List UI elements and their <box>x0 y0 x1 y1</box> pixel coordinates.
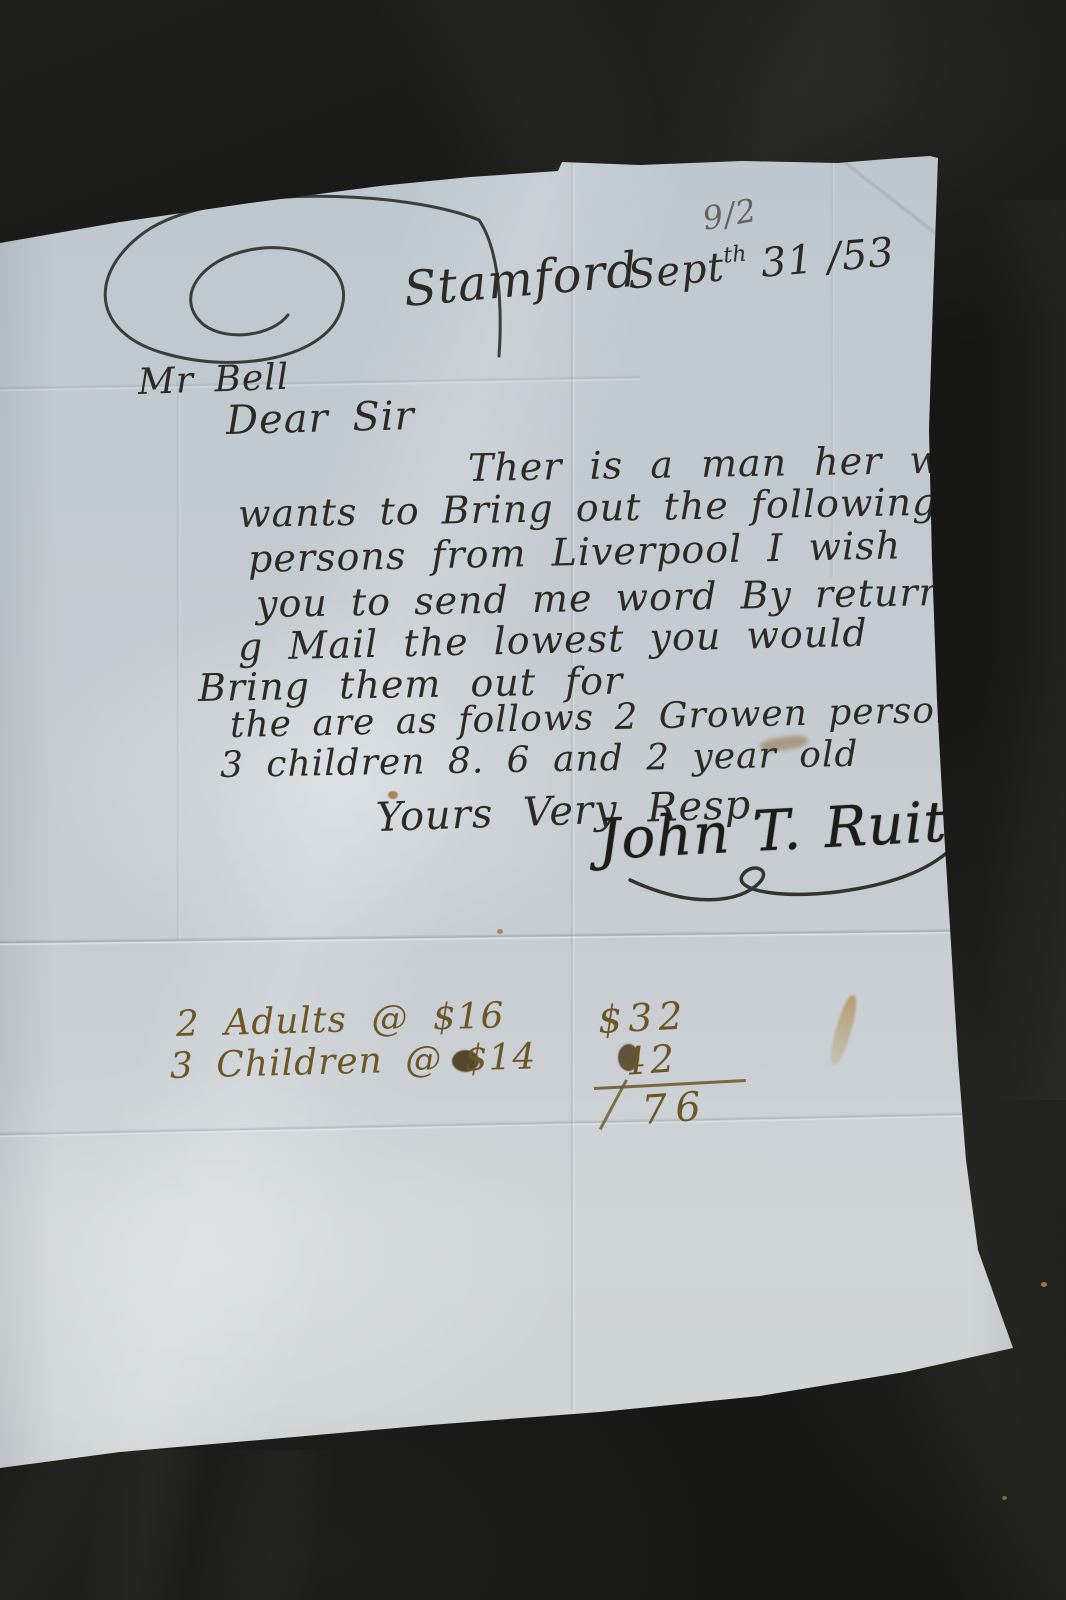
calc-total: 76 <box>640 1083 710 1134</box>
fold-line <box>176 380 181 940</box>
calc-row-amount: $32 <box>597 993 690 1042</box>
fold-line <box>0 375 640 392</box>
date-month: Sept <box>626 244 726 298</box>
corner-crease <box>844 162 945 242</box>
calc-row-amount: 42 <box>620 1036 679 1084</box>
date-ordinal: th <box>722 242 747 269</box>
salutation-line: Dear Sir <box>225 393 415 444</box>
fold-line <box>570 160 575 1410</box>
fold-line <box>0 1111 1010 1138</box>
letter-paper: Stamford Septth 31 /53 9/2 Mr Bell Dear … <box>0 0 1066 1600</box>
pencil-annotation: 9/2 <box>700 191 760 238</box>
fabric-speck <box>1041 1282 1047 1287</box>
heading-date: Septth 31 /53 <box>626 229 897 299</box>
date-day: 31 <box>759 236 816 286</box>
fold-line <box>0 928 1010 946</box>
fabric-speck <box>1002 1496 1007 1500</box>
photo-of-letter: Stamford Septth 31 /53 9/2 Mr Bell Dear … <box>0 0 1066 1600</box>
yellow-streak <box>826 993 860 1066</box>
date-year: /53 <box>825 229 896 281</box>
signature-flourish <box>600 838 960 908</box>
fabric-sheen <box>0 1450 500 1600</box>
calc-row-label: 3 Children @ $14 <box>169 1036 536 1087</box>
rust-stain <box>497 929 503 934</box>
fabric-sheen <box>980 200 1066 1100</box>
